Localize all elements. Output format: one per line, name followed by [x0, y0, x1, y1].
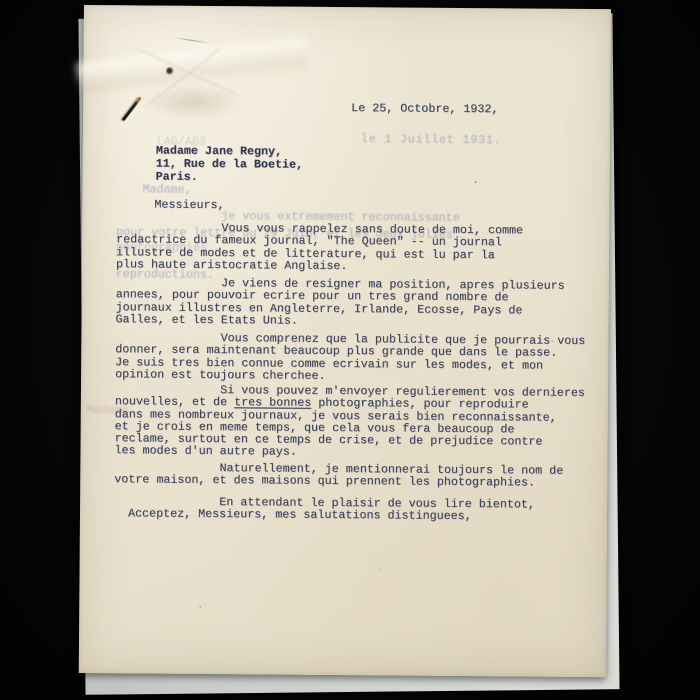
- paper-crease-shadow: [123, 75, 263, 128]
- letter-date: Le 25, Octobre, 1932,: [351, 102, 498, 115]
- salutation: Messieurs,: [154, 199, 224, 212]
- paragraph-4: Si vous pouvez m'envoyer regulierement v…: [114, 383, 584, 460]
- letter-paper: LAG/AGS le 1 Juillet 1931. Madame, je vo…: [79, 5, 611, 677]
- paragraph-3: Vous comprenez que la publicite que je p…: [115, 331, 585, 384]
- dust-speck: [475, 181, 477, 183]
- paper-scratch: [175, 37, 208, 43]
- pin-hole: [165, 67, 174, 76]
- paragraph-1: Vous vous rappelez sans doute de moi, co…: [116, 221, 523, 273]
- closing-lines: En attendant le plaisir de vous lire bie…: [114, 495, 535, 523]
- paragraph-2: Je viens de resigner ma position, apres …: [115, 276, 564, 329]
- dust-speck: [199, 606, 201, 608]
- paragraph-5: Naturellement, je mentionnerai toujours …: [114, 461, 563, 489]
- dust-speck: [380, 567, 382, 569]
- ghost-salutation: Madame,: [143, 183, 192, 196]
- recipient-address: Madame Jane Regny, 11, Rue de la Boetie,…: [156, 145, 304, 185]
- photo-of-letter: LAG/AGS le 1 Juillet 1931. Madame, je vo…: [0, 0, 700, 700]
- ghost-date-line: le 1 Juillet 1931.: [361, 133, 502, 146]
